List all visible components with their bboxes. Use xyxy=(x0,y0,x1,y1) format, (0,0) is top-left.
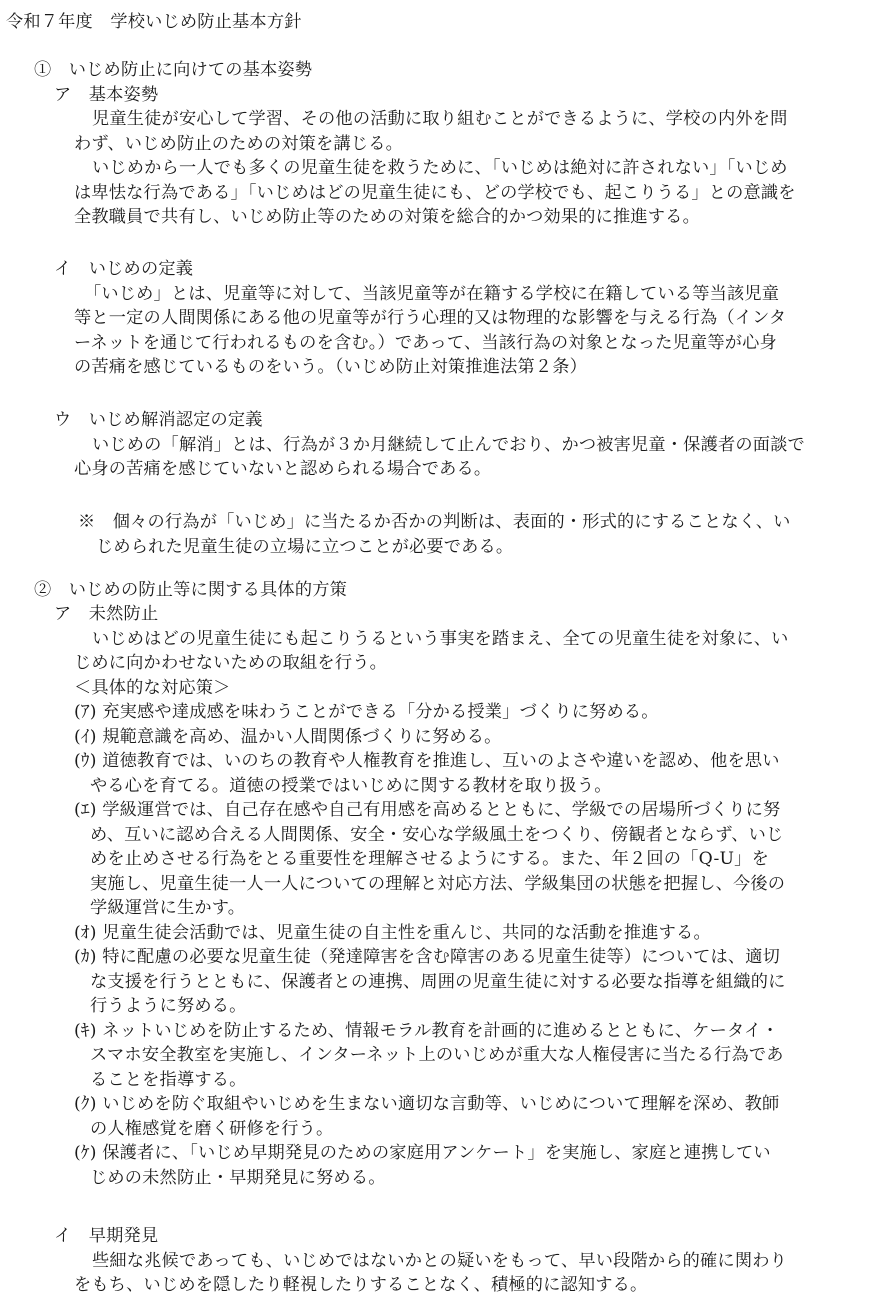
paragraph: 「いじめ」とは、児童等に対して、当該児童等が在籍する学校に在籍している等当該児童 xyxy=(84,284,779,304)
paragraph: いじめの「解消」とは、行為が３か月継続して止んでおり、かつ被害児童・保護者の面談… xyxy=(92,435,805,455)
paragraph: いじめから一人でも多くの児童生徒を救うために、「いじめは絶対に許されない」「いじ… xyxy=(92,158,788,178)
list-item: な支援を行うとともに、保護者との連携、周囲の児童生徒に対する必要な指導を組織的に xyxy=(90,972,786,992)
list-item: (ｲ) 規範意識を高め、温かい人間関係づくりに努める。 xyxy=(74,727,502,747)
list-item: (ｵ) 児童生徒会活動では、児童生徒の自主性を重んじ、共同的な活動を推進する。 xyxy=(74,923,711,943)
list-item: め、互いに認め合える人間関係、安全・安心な学級風土をつくり、傍観者とならず、いじ xyxy=(90,825,783,845)
paragraph: いじめはどの児童生徒にも起こりうるという事実を踏まえ、全ての児童生徒を対象に、い xyxy=(92,629,789,649)
document-title: 令和７年度 学校いじめ防止基本方針 xyxy=(6,12,302,32)
subsection-heading: イ 早期発見 xyxy=(54,1226,158,1246)
list-item: めを止めさせる行為をとる重要性を理解させるようにする。また、年２回の「Q-U」を xyxy=(90,849,769,869)
list-item: 行うように努める。 xyxy=(90,996,247,1016)
paragraph: 些細な兆候であっても、いじめではないかとの疑いをもって、早い段階から的確に関わり xyxy=(92,1251,787,1271)
list-item: の人権感覚を磨く研修を行う。 xyxy=(90,1119,333,1139)
paragraph: は卑怯な行為である」「いじめはどの児童生徒にも、どの学校でも、起こりうる」との意… xyxy=(74,183,796,203)
paragraph: 全教職員で共有し、いじめ防止等のための対策を総合的かつ効果的に推進する。 xyxy=(74,207,700,227)
list-item: 学級運営に生かす。 xyxy=(90,898,245,918)
list-item: やる心を育てる。道徳の授業ではいじめに関する教材を取り扱う。 xyxy=(90,776,612,796)
list-item: じめの未然防止・早期発見に努める。 xyxy=(90,1168,386,1188)
list-item: (ｱ) 充実感や達成感を味わうことができる「分かる授業」づくりに努める。 xyxy=(74,702,659,722)
list-item: (ｹ) 保護者に、「いじめ早期発見のための家庭用アンケート」を実施し、家庭と連携… xyxy=(74,1143,771,1163)
list-item: (ｶ) 特に配慮の必要な児童生徒（発達障害を含む障害のある児童生徒等）については… xyxy=(74,947,780,967)
paragraph: ーネットを通じて行われるものを含む。）であって、当該行為の対象となった児童等が心… xyxy=(74,333,777,353)
list-item: ることを指導する。 xyxy=(90,1070,247,1090)
paragraph: 心身の苦痛を感じていないと認められる場合である。 xyxy=(74,459,491,479)
paragraph: 等と一定の人間関係にある他の児童等が行う心理的又は物理的な影響を与える行為（イン… xyxy=(74,308,786,328)
subsection-heading: ウ いじめ解消認定の定義 xyxy=(54,410,263,430)
note: ※ 個々の行為が「いじめ」に当たるか否かの判断は、表面的・形式的にすることなく、… xyxy=(78,512,791,532)
list-item: (ｸ) いじめを防ぐ取組やいじめを生まない適切な言動等、いじめについて理解を深め… xyxy=(74,1094,779,1114)
subsection-heading: イ いじめの定義 xyxy=(54,259,193,279)
list-item: (ｴ) 学級運営では、自己存在感や自己有用感を高めるとともに、学級での居場所づく… xyxy=(74,800,780,820)
list-item: スマホ安全教室を実施し、インターネット上のいじめが重大な人権侵害に当たる行為であ xyxy=(90,1045,784,1065)
paragraph: をもち、いじめを隠したり軽視したりすることなく、積極的に認知する。 xyxy=(74,1275,647,1295)
section-heading: ② いじめの防止等に関する具体的方策 xyxy=(34,580,347,600)
list-item: 実施し、児童生徒一人一人についての理解と対応方法、学級集団の状態を把握し、今後の xyxy=(90,874,785,894)
subsection-heading: ア 基本姿勢 xyxy=(54,85,158,105)
list-heading: ＜具体的な対応策＞ xyxy=(74,678,231,698)
section-heading: ① いじめ防止に向けての基本姿勢 xyxy=(34,60,312,80)
paragraph: じめに向かわせないための取組を行う。 xyxy=(74,653,387,673)
list-item: (ｷ) ネットいじめを防止するため、情報モラル教育を計画的に進めるとともに、ケー… xyxy=(74,1021,779,1041)
paragraph: 児童生徒が安心して学習、その他の活動に取り組むことができるように、学校の内外を問 xyxy=(92,109,788,129)
subsection-heading: ア 未然防止 xyxy=(54,604,158,624)
paragraph: わず、いじめ防止のための対策を講じる。 xyxy=(74,134,403,154)
list-item: (ｳ) 道徳教育では、いのちの教育や人権教育を推進し、互いのよさや違いを認め、他… xyxy=(74,751,780,771)
note: じめられた児童生徒の立場に立つことが必要である。 xyxy=(96,537,513,557)
paragraph: の苦痛を感じているものをいう。（いじめ防止対策推進法第２条） xyxy=(74,357,587,377)
